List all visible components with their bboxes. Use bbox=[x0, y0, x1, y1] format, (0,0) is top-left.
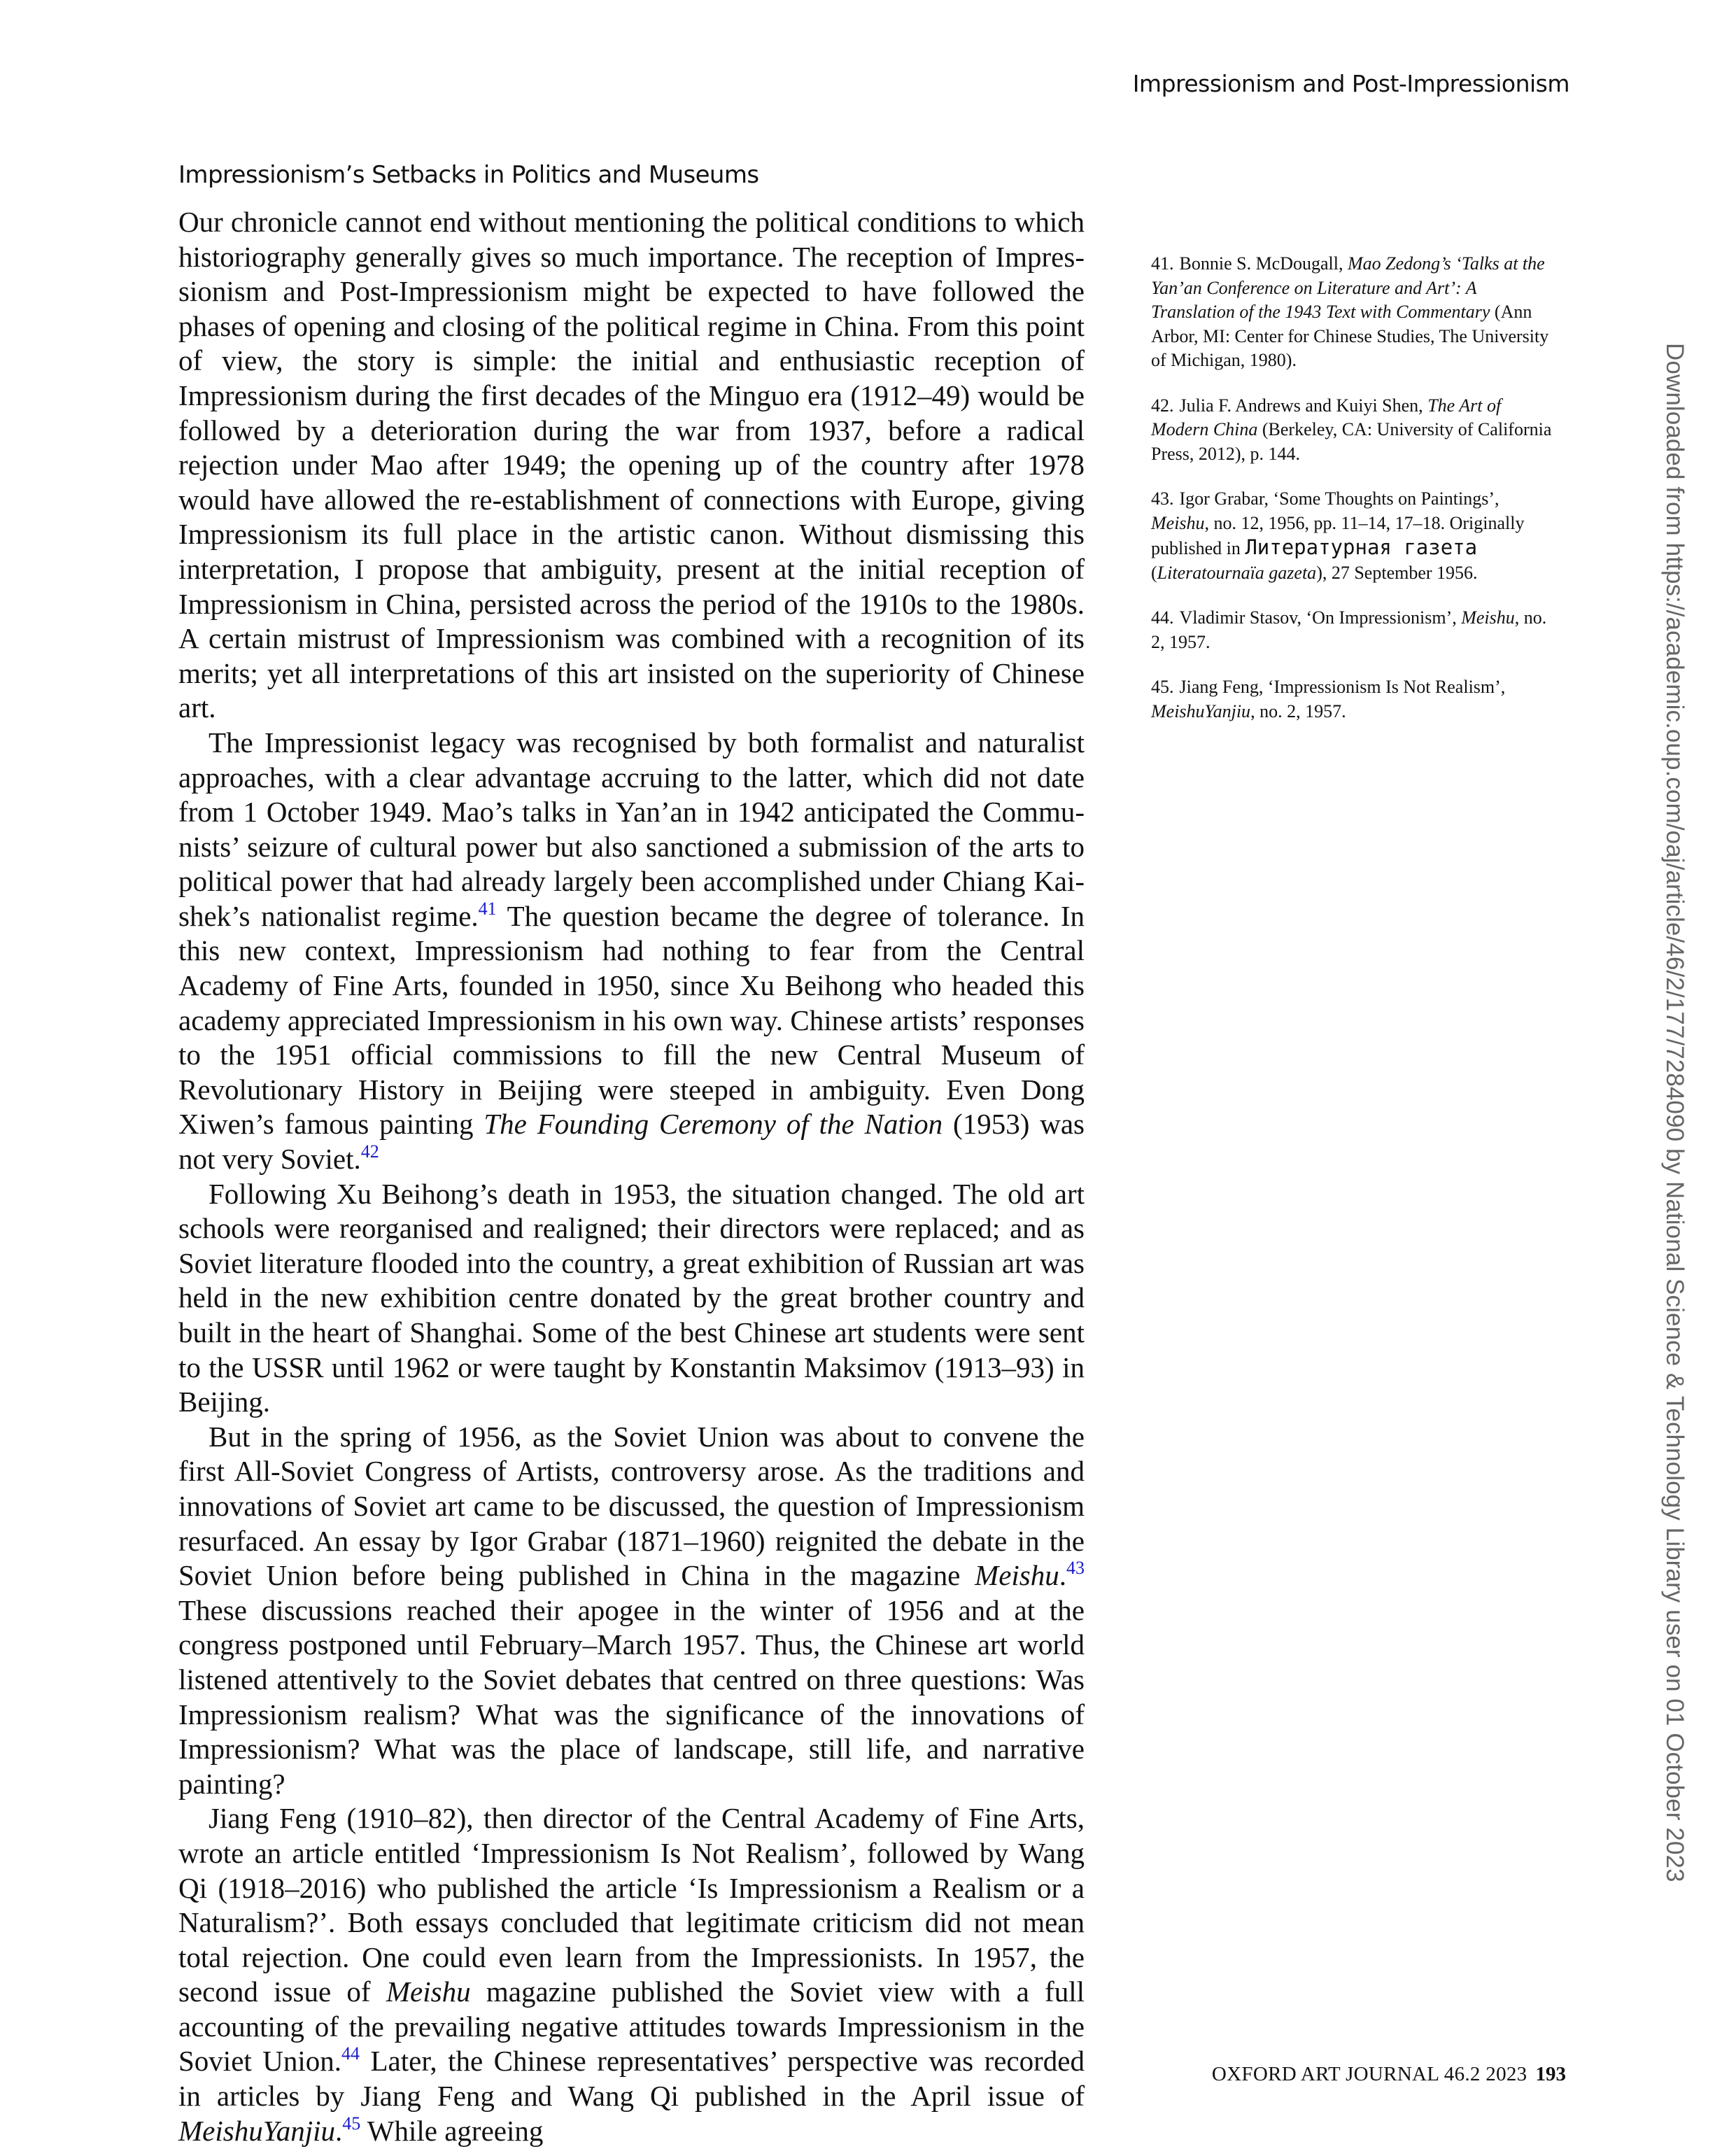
footnote-number: 45. bbox=[1151, 677, 1174, 697]
main-text-column: Our chronicle cannot end without mention… bbox=[178, 205, 1085, 2148]
body-paragraph: But in the spring of 1956, as the Soviet… bbox=[178, 1420, 1085, 1802]
body-paragraph: Our chronicle cannot end without mention… bbox=[178, 205, 1085, 726]
footnote: 42.Julia F. Andrews and Kuiyi Shen, The … bbox=[1151, 394, 1560, 467]
journal-citation: OXFORD ART JOURNAL 46.2 2023 bbox=[1212, 2063, 1527, 2085]
body-paragraph: Jiang Feng (1910–82), then director of t… bbox=[178, 1801, 1085, 2148]
footnote-number: 42. bbox=[1151, 395, 1174, 416]
footnote: 41.Bonnie S. McDougall, Mao Zedong’s ‘Ta… bbox=[1151, 252, 1560, 373]
footnote-reference-link[interactable]: 45 bbox=[342, 2113, 360, 2134]
italic-title: Meishu bbox=[386, 1975, 471, 2008]
body-paragraph: The Impressionist legacy was recognised … bbox=[178, 726, 1085, 1177]
italic-title: MeishuYanjiu bbox=[178, 2115, 335, 2147]
italic-title: Meishu bbox=[1461, 607, 1515, 628]
footnote-reference-link[interactable]: 43 bbox=[1066, 1558, 1085, 1578]
cyrillic-title: Литературная газета bbox=[1245, 535, 1477, 559]
page-footer: OXFORD ART JOURNAL 46.2 2023193 bbox=[1212, 2063, 1566, 2086]
footnote-number: 44. bbox=[1151, 607, 1174, 628]
footnotes-column: 41.Bonnie S. McDougall, Mao Zedong’s ‘Ta… bbox=[1151, 252, 1560, 745]
section-heading: Impressionism’s Setbacks in Politics and… bbox=[178, 161, 759, 189]
italic-title: The Art of Modern China bbox=[1151, 395, 1501, 440]
body-paragraph: Following Xu Beihong’s death in 1953, th… bbox=[178, 1177, 1085, 1420]
footnote-reference-link[interactable]: 41 bbox=[479, 899, 497, 919]
italic-title: Meishu bbox=[975, 1559, 1059, 1591]
footnote: 44.Vladimir Stasov, ‘On Impressionism’, … bbox=[1151, 606, 1560, 654]
italic-title: Mao Zedong’s ‘Talks at the Yan’an Confer… bbox=[1151, 253, 1545, 322]
footnote-number: 41. bbox=[1151, 253, 1174, 274]
running-head: Impressionism and Post-Impressionism bbox=[1133, 70, 1569, 97]
page-number: 193 bbox=[1536, 2063, 1567, 2085]
footnote: 43.Igor Grabar, ‘Some Thoughts on Painti… bbox=[1151, 487, 1560, 585]
footnote-reference-link[interactable]: 42 bbox=[361, 1141, 379, 1162]
italic-title: MeishuYanjiu bbox=[1151, 701, 1250, 721]
download-watermark: Downloaded from https://academic.oup.com… bbox=[1660, 343, 1688, 1882]
italic-title: The Founding Ceremony of the Nation bbox=[484, 1108, 943, 1140]
footnote: 45.Jiang Feng, ‘Impressionism Is Not Rea… bbox=[1151, 675, 1560, 724]
italic-title: Literatournaïa gazeta bbox=[1157, 563, 1317, 583]
footnote-reference-link[interactable]: 44 bbox=[341, 2043, 360, 2064]
italic-title: Meishu bbox=[1151, 513, 1205, 533]
footnote-number: 43. bbox=[1151, 488, 1174, 509]
